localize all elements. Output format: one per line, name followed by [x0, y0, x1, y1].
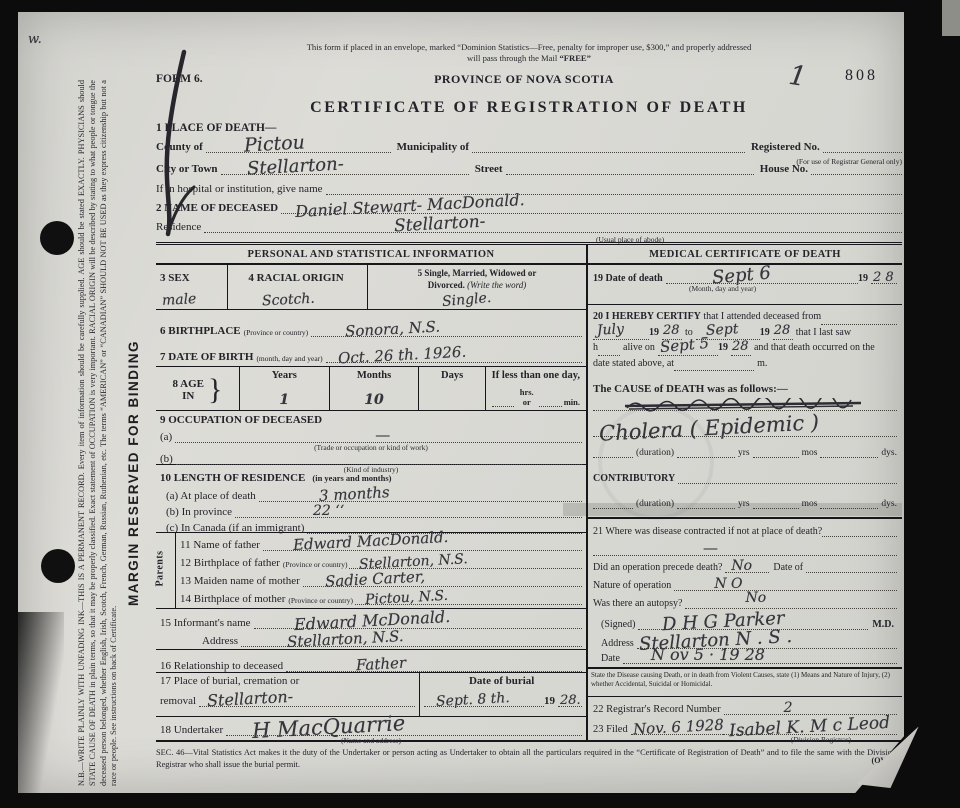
- father-row: 11 Name of father Edward MacDonald.: [180, 533, 582, 551]
- res-a-value: 3 months: [318, 484, 389, 506]
- father-label: 11 Name of father: [180, 539, 263, 551]
- form-header-row: FORM 6. PROVINCE OF NOVA SCOTIA 1 808: [156, 67, 902, 97]
- burial-label-line2: removal: [160, 695, 199, 707]
- occupation-block: 9 OCCUPATION OF DECEASED (a) — (Trade or…: [156, 411, 586, 465]
- relationship-label: 16 Relationship to deceased: [160, 660, 286, 672]
- province-heading: PROVINCE OF NOVA SCOTIA: [286, 67, 762, 87]
- cause-line-1: [593, 398, 897, 411]
- relationship-row: 16 Relationship to deceased Father: [156, 650, 586, 672]
- informant-address-line: Stellarton, N.S.: [241, 634, 582, 647]
- mail-notice: This form if placed in an envelope, mark…: [156, 42, 902, 64]
- racial-origin-label: 4 RACIAL ORIGIN: [248, 272, 346, 284]
- nature-label: Nature of operation: [593, 580, 674, 591]
- occ-a-line: —: [175, 430, 582, 443]
- date-of-death-label: 19 Date of death: [593, 273, 666, 284]
- relationship-line: Father: [286, 659, 582, 672]
- physician-date-row: Date N ov 5 · 19 28: [588, 649, 902, 669]
- q21-block: 21 Where was disease contracted if not a…: [588, 519, 902, 554]
- marital-cell: 5 Single, Married, Widowed or Divorced. …: [368, 265, 586, 309]
- less-than-day-label: If less than one day,: [492, 370, 580, 381]
- city-line: Stellarton-: [221, 162, 469, 175]
- autopsy-label: Was there an autopsy?: [593, 598, 685, 609]
- signed-row: (Signed) D H G Parker M.D.: [588, 609, 902, 630]
- mother-label: 13 Maiden name of mother: [180, 575, 303, 587]
- burial-year-value: 28.: [560, 693, 581, 708]
- municipality-line: [472, 140, 745, 153]
- months-value: 10: [330, 392, 419, 408]
- duration-row-2: (duration) yrs mos dys.: [593, 496, 897, 509]
- res-a-row: (a) At place of death 3 months: [160, 486, 582, 502]
- operation-date-label: Date of: [769, 562, 806, 573]
- hrs-min-line: hrs. or min.: [486, 381, 586, 407]
- age-days-cell: Days: [419, 367, 485, 410]
- burial-date-line: Sept. 8 th.: [424, 694, 544, 707]
- last-saw-value: Sept 5: [659, 331, 710, 358]
- occ-a-note: (Trade or occupation or kind of work): [160, 443, 582, 452]
- filed-label: 23 Filed: [593, 724, 631, 735]
- municipality-label: Municipality of: [391, 141, 472, 153]
- cause-line-2: Cholera ( Epidemic ): [593, 424, 897, 437]
- father-bp-label: 12 Birthplace of father: [180, 557, 283, 569]
- sex-racial-marital-row: 3 SEX male 4 RACIAL ORIGIN Scotch. 5 Sin…: [156, 265, 586, 310]
- sex-cell: 3 SEX male: [156, 265, 228, 309]
- occupation-b-row: (b): [160, 452, 582, 465]
- undertaker-row: 18 Undertaker H MacQuarrie: [160, 719, 582, 736]
- informant-line: Edward McDonald.: [254, 616, 582, 629]
- autopsy-row: Was there an autopsy? No: [588, 591, 902, 609]
- record-number-label: 22 Registrar's Record Number: [593, 704, 724, 715]
- age-label: 8 AGE IN: [173, 378, 204, 402]
- res-a-label: (a) At place of death: [166, 490, 259, 502]
- md-label: M.D.: [868, 619, 897, 630]
- registered-no-line: [823, 140, 902, 153]
- mail-notice-line1: This form if placed in an envelope, mark…: [156, 42, 902, 53]
- pen-checkmark: [144, 46, 214, 246]
- dob-line: Oct. 26 th. 1926.: [326, 350, 582, 363]
- autopsy-value: No: [745, 590, 766, 606]
- house-no-label: House No.: [754, 163, 811, 175]
- mother-bp-line: Pictou, N.S.: [355, 592, 582, 605]
- mother-bp-row: 14 Birthplace of mother (Province or cou…: [180, 587, 582, 605]
- deceased-name-row: 2 NAME OF DECEASED Daniel Stewart- MacDo…: [156, 201, 902, 214]
- burial-date-value: Sept. 8 th.: [436, 690, 511, 710]
- q21-value: —: [703, 539, 718, 557]
- informant-label: 15 Informant's name: [160, 617, 254, 629]
- racial-origin-cell: 4 RACIAL ORIGIN Scotch.: [228, 265, 368, 309]
- violent-causes-note: State the Disease causing Death, or in d…: [588, 669, 902, 697]
- res-b-row: (b) In province 22 ‘‘: [160, 502, 582, 518]
- county-value: Pictou: [243, 132, 305, 157]
- record-number-row: 22 Registrar's Record Number 2: [588, 697, 902, 715]
- signed-label: (Signed): [593, 619, 638, 630]
- undertaker-block: 18 Undertaker H MacQuarrie (Name and add…: [156, 717, 586, 748]
- relationship-value: Father: [356, 654, 407, 675]
- dob-value: Oct. 26 th. 1926.: [337, 343, 466, 368]
- sex-value: male: [162, 291, 197, 309]
- dob-note: (month, day and year): [256, 354, 325, 363]
- dob-row: 7 DATE OF BIRTH (month, day and year) Oc…: [156, 337, 586, 363]
- scan-shadow: [18, 612, 64, 793]
- occupation-a-row: (a) —: [160, 426, 582, 443]
- father-bp-line: Stellarton, N.S.: [349, 556, 582, 569]
- mother-row: 13 Maiden name of mother Sadie Carter,: [180, 569, 582, 587]
- burial-place-cell: 17 Place of burial, cremation or removal…: [156, 673, 420, 716]
- father-bp-row: 12 Birthplace of father (Province or cou…: [180, 551, 582, 569]
- filed-row: 23 Filed Nov. 6 1928 Isabel K. M c Leod: [593, 715, 897, 735]
- informant-address-label: Address: [202, 635, 241, 647]
- informant-row: 15 Informant's name Edward McDonald.: [160, 611, 582, 629]
- date-of-death-line: Sept 6: [666, 271, 858, 284]
- registered-no-label: Registered No.: [745, 141, 823, 153]
- age-months-cell: Months 10: [330, 367, 420, 410]
- county-line: Pictou: [206, 140, 391, 153]
- cause-label: The CAUSE of DEATH was as follows:—: [593, 383, 897, 395]
- marital-label-line2: Divorced. (Write the word): [372, 280, 582, 291]
- burial-row: 17 Place of burial, cremation or removal…: [156, 672, 586, 717]
- margin-instructions-text: N.B.—WRITE PLAINLY WITH UNFADING INK—THI…: [77, 80, 135, 786]
- page-number-group: 1 808: [762, 67, 902, 85]
- house-no-line: [811, 162, 902, 175]
- q21-label: 21 Where was disease contracted if not a…: [593, 526, 822, 537]
- months-label: Months: [357, 370, 391, 381]
- date-of-death-row: 19 Date of death Sept 6 19 2 8: [593, 271, 897, 284]
- res-b-line: 22 ‘‘: [235, 505, 582, 518]
- mother-bp-value: Pictou, N.S.: [365, 588, 449, 608]
- personal-column: PERSONAL AND STATISTICAL INFORMATION 3 S…: [156, 245, 588, 740]
- residence-row: Residence Stellarton- (Usual place of ab…: [156, 220, 902, 233]
- street-label: Street: [469, 163, 506, 175]
- age-label-cell: 8 AGE IN }: [156, 367, 240, 410]
- punch-hole-bottom: [41, 549, 75, 583]
- dod-year-prefix: 19: [858, 273, 871, 284]
- burial-year-prefix: 19: [544, 695, 558, 707]
- res-b-label: (b) In province: [166, 506, 235, 518]
- birthplace-line: Sonora, N.S.: [311, 324, 582, 337]
- operation-value: No: [731, 558, 752, 574]
- deceased-name-line: Daniel Stewart- MacDonald.: [281, 201, 902, 214]
- dob-label: 7 DATE OF BIRTH: [160, 351, 256, 363]
- birthplace-row: 6 BIRTHPLACE (Province or country) Sonor…: [156, 310, 586, 337]
- street-line: [506, 162, 754, 175]
- certify-block: 20 I HEREBY CERTIFY that I attended dece…: [588, 305, 902, 381]
- duration-row-1: (duration) yrs mos dys.: [593, 445, 897, 458]
- scribbled-out-word: [623, 398, 863, 414]
- last-saw-year: 28: [732, 337, 749, 357]
- residence-value: Stellarton-: [394, 212, 486, 237]
- mother-line: Sadie Carter,: [303, 574, 582, 587]
- operation-row: Did an operation precede death? No Date …: [588, 554, 902, 573]
- mother-bp-label: 14 Birthplace of mother: [180, 593, 288, 605]
- residence-note: (Usual place of abode): [596, 235, 664, 244]
- nature-row: Nature of operation N O: [588, 573, 902, 591]
- undertaker-label: 18 Undertaker: [160, 724, 226, 736]
- age-row: 8 AGE IN } Years 1 Months 10 Days: [156, 366, 586, 411]
- q21-line: —: [593, 543, 897, 556]
- medical-header: MEDICAL CERTIFICATE OF DEATH: [588, 245, 902, 265]
- personal-header: PERSONAL AND STATISTICAL INFORMATION: [156, 245, 586, 265]
- physician-date-value: N ov 5 · 19 28: [651, 645, 765, 664]
- days-label: Days: [441, 370, 463, 381]
- marital-label-line1: 5 Single, Married, Widowed or: [372, 268, 582, 279]
- hospital-row: If in hospital or institution, give name: [156, 182, 902, 195]
- city-row: City or Town Stellarton- Street House No…: [156, 162, 902, 175]
- years-value: 1: [240, 392, 329, 408]
- cause-value: Cholera ( Epidemic ): [599, 411, 820, 446]
- contributory-block: CONTRIBUTORY (duration) yrs mos dys.: [588, 467, 902, 519]
- filed-block: 23 Filed Nov. 6 1928 Isabel K. M c Leod …: [588, 715, 902, 745]
- occ-a-label: (a): [160, 431, 175, 443]
- attended-from-value: July: [596, 319, 624, 342]
- corner-annotation: w.: [28, 32, 42, 47]
- sec46-footer: SEC. 46—Vital Statistics Act makes it th…: [156, 747, 902, 770]
- certificate-body: PERSONAL AND STATISTICAL INFORMATION 3 S…: [156, 242, 902, 742]
- date-of-death-block: 19 Date of death Sept 6 19 2 8 (Month, d…: [588, 265, 902, 305]
- dod-year-value: 2 8: [873, 270, 894, 285]
- page-number: 808: [845, 67, 878, 84]
- parents-rows: 11 Name of father Edward MacDonald. 12 B…: [176, 533, 586, 608]
- punch-hole-top: [40, 221, 74, 255]
- county-row: County of Pictou Municipality of Registe…: [156, 140, 902, 153]
- undertaker-line: H MacQuarrie: [226, 723, 582, 736]
- nature-value: N O: [714, 576, 742, 592]
- physician-date-label: Date: [593, 653, 623, 664]
- physician-address-label: Address: [593, 638, 637, 649]
- informant-address-row: Address Stellarton, N.S.: [160, 629, 582, 647]
- residence-line: Stellarton-: [204, 220, 902, 233]
- certificate-title: CERTIFICATE OF REGISTRATION OF DEATH: [156, 99, 902, 117]
- racial-origin-value: Scotch.: [262, 291, 316, 310]
- age-years-cell: Years 1: [240, 367, 330, 410]
- occ-b-label: (b): [160, 453, 176, 465]
- res-b-value: 22 ‘‘: [313, 503, 344, 519]
- record-number-value: 2: [784, 700, 793, 716]
- handwritten-mark: 1: [786, 60, 808, 93]
- filed-date-value: Nov. 6 1928: [632, 716, 724, 739]
- occupation-label: 9 OCCUPATION OF DECEASED: [160, 414, 582, 426]
- hospital-line: [326, 182, 902, 195]
- contributory-label: CONTRIBUTORY: [593, 473, 678, 484]
- birthplace-note: (Province or country): [244, 328, 312, 337]
- burial-place-line: Stellarton-: [199, 694, 415, 707]
- cause-of-death-block: The CAUSE of DEATH was as follows:—: [588, 381, 902, 467]
- burial-date-cell: Date of burial Sept. 8 th. 19 28.: [420, 673, 586, 716]
- length-residence-block: 10 LENGTH OF RESIDENCE (in years and mon…: [156, 465, 586, 533]
- birthplace-label: 6 BIRTHPLACE: [160, 325, 244, 337]
- age-brace: }: [208, 373, 222, 407]
- burial-date-label: Date of burial: [424, 675, 582, 687]
- parents-vertical-label: Parents: [156, 533, 176, 608]
- scan-edge-sliver: [942, 0, 960, 36]
- scanned-death-certificate: { "colors": { "paper": "#d9d8d3", "scan_…: [0, 0, 960, 808]
- burial-place-value: Stellarton-: [207, 687, 294, 710]
- father-line: Edward MacDonald.: [263, 538, 582, 551]
- age-less-cell: If less than one day, hrs. or min.: [486, 367, 586, 410]
- city-value: Stellarton-: [246, 154, 344, 180]
- undertaker-note: (Name and address): [160, 736, 582, 745]
- certificate-form: This form if placed in an envelope, mark…: [156, 42, 902, 770]
- occ-a-value: —: [375, 426, 390, 444]
- occ-b-line: [176, 452, 582, 465]
- sec46-text: SEC. 46—Vital Statistics Act makes it th…: [156, 748, 896, 768]
- operation-label: Did an operation precede death?: [593, 562, 725, 573]
- sex-label: 3 SEX: [160, 272, 193, 284]
- parents-block: Parents 11 Name of father Edward MacDona…: [156, 533, 586, 609]
- marital-value: Single.: [441, 290, 491, 310]
- paper-page: w. MARGIN RESERVED FOR BINDING N.B.—WRIT…: [18, 12, 904, 793]
- informant-block: 15 Informant's name Edward McDonald. Add…: [156, 609, 586, 650]
- years-label: Years: [272, 370, 297, 381]
- res-a-line: 3 months: [259, 489, 582, 502]
- attended-to-year: 28: [774, 321, 791, 341]
- burial-label-line1: 17 Place of burial, cremation or: [160, 675, 415, 687]
- medical-column: MEDICAL CERTIFICATE OF DEATH 19 Date of …: [588, 245, 902, 740]
